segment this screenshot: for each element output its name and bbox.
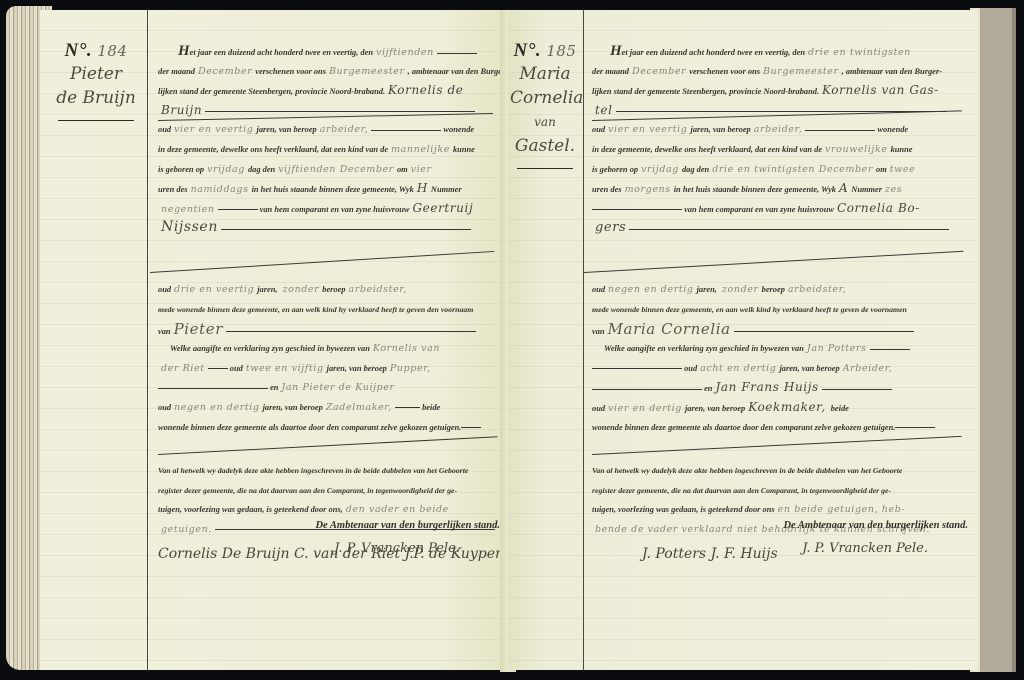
printed-text: om [397, 165, 408, 174]
handwritten-entry: Burgemeester [329, 66, 405, 77]
margin-rule-vertical [583, 10, 584, 670]
text-line: der Riet oudtwee en vijftigjaren, van be… [158, 359, 503, 379]
text-line: tel [592, 101, 972, 121]
handwritten-entry: Burgemeester [763, 66, 839, 77]
handwritten-entry: gers [595, 220, 626, 235]
text-line: uren desmorgensin het huis staande binne… [592, 179, 972, 199]
printed-text: wonende binnen deze gemeente als daartoe… [592, 423, 895, 432]
text-line: lijken stand der gemeente Steenbergen, p… [592, 81, 972, 101]
printed-text: H [178, 43, 190, 59]
fill-line [221, 229, 471, 230]
fill-line [371, 130, 441, 131]
fill-line [592, 368, 682, 369]
printed-text: en [270, 383, 278, 392]
registrar-title: De Ambtenaar van den burgerlijken stand. [718, 520, 968, 531]
printed-text: N°. [514, 40, 542, 61]
text-line: Het jaar een duizend acht honderd twee e… [592, 42, 972, 62]
printed-text: oud [158, 125, 171, 134]
handwritten-entry: vijftienden December [278, 164, 394, 175]
cancel-stroke [584, 251, 963, 273]
handwritten-entry: vrijdag [207, 164, 245, 175]
printed-text: kunne [891, 145, 913, 154]
text-line: Welke aangifte en verklaring zyn geschie… [158, 339, 503, 359]
handwritten-entry: Jan Pieter de Kuijper [281, 382, 394, 393]
text-line: wonende binnen deze gemeente als daartoe… [158, 418, 503, 438]
text-line: in deze gemeente, dewelke ons heeft verk… [592, 140, 972, 160]
text-line: oudnegen en dertigjaren, zonderberoeparb… [592, 280, 972, 300]
handwritten-entry: Arbeider, [843, 363, 893, 374]
text-line: vanPieter [158, 320, 503, 340]
handwritten-entry: Kornelis de [388, 83, 463, 97]
text-line: register dezer gemeente, die na dat daar… [158, 481, 503, 501]
text-line: mede wonende binnen deze gemeente, en aa… [158, 300, 503, 320]
printed-text: oud [158, 403, 171, 412]
handwritten-entry: twee en vijftig [246, 363, 324, 374]
printed-text: register dezer gemeente, die na dat daar… [592, 486, 891, 495]
fill-line [208, 368, 228, 369]
printed-text: der maand [158, 67, 195, 76]
scanned-register: 93 184 N°. 184 Pieter de Bruijn Het jaar… [0, 0, 1024, 680]
handwritten-entry: getuigen. [161, 524, 212, 535]
handwritten-entry: Kornelis van [373, 343, 440, 354]
handwritten-entry: Koekmaker, [748, 400, 825, 414]
printed-text: verschenen voor ons [255, 67, 326, 76]
text-line: oudnegen en dertigjaren, van beroepZadel… [158, 398, 503, 418]
margin-divider [517, 168, 573, 169]
printed-text: is geboren op [592, 165, 638, 174]
printed-text: in deze gemeente, dewelke ons heeft verk… [592, 145, 822, 154]
printed-text: Nummer [431, 185, 462, 194]
printed-text: van hem comparant en van zyne huisvrouw [684, 205, 834, 214]
printed-text: jaren, van beroep [263, 403, 323, 412]
printed-text: uren des [592, 185, 622, 194]
fill-line [437, 53, 477, 54]
printed-text: 184 [97, 42, 127, 60]
printed-text: der maand [592, 67, 629, 76]
text-line: register dezer gemeente, die na dat daar… [592, 481, 972, 501]
printed-text: dag den [248, 165, 275, 174]
printed-text: register dezer gemeente, die na dat daar… [158, 486, 457, 495]
handwritten-entry: vrijdag [641, 164, 679, 175]
handwritten-entry: arbeidster, [349, 284, 407, 295]
entry-number: N°. 185 [510, 40, 580, 62]
text-line: is geboren opvrijdagdag dendrie en twint… [592, 160, 972, 180]
handwritten-entry: Kornelis van Gas- [822, 83, 939, 97]
printed-text: jaren, van beroep [257, 125, 317, 134]
fill-line [158, 388, 268, 389]
right-page: N°. 185 Maria Cornelia van Gastel. Het j… [508, 10, 978, 670]
handwritten-entry: namiddags [191, 184, 249, 195]
printed-text: uren des [158, 185, 188, 194]
printed-text: jaren, van beroep [685, 404, 745, 413]
printed-text: wonende binnen deze gemeente als daartoe… [158, 423, 461, 432]
fill-line [822, 389, 892, 390]
printed-text: om [876, 165, 887, 174]
fill-line [592, 389, 702, 390]
handwritten-entry: vier en veertig [174, 124, 253, 135]
handwritten-entry: arbeider, [754, 124, 803, 135]
handwritten-entry: negen en dertig [174, 402, 260, 413]
printed-text: Van al hetwelk wy dadelyk deze akte hebb… [158, 466, 468, 475]
printed-text: , ambtenaar van den Burger- [408, 67, 508, 76]
printed-text: beroep [322, 285, 345, 294]
printed-text: in deze gemeente, dewelke ons heeft verk… [158, 145, 388, 154]
text-line: Van al hetwelk wy dadelyk deze akte hebb… [158, 461, 503, 481]
handwritten-entry: Nijssen [161, 219, 218, 235]
text-line: vanMaria Cornelia [592, 320, 972, 340]
handwritten-entry: Pupper, [390, 363, 431, 374]
handwritten-entry: vier [411, 164, 432, 175]
text-line: tuigen, voorlezing was gedaan, is geteek… [158, 500, 503, 520]
printed-text: N°. [65, 40, 93, 61]
handwritten-entry: arbeidster, [788, 284, 846, 295]
margin-rule-vertical [147, 10, 148, 670]
handwritten-entry: twee [890, 164, 916, 175]
text-line [158, 242, 503, 280]
text-line: is geboren opvrijdagdag denvijftienden D… [158, 160, 503, 180]
printed-text: jaren, van beroep [327, 364, 387, 373]
printed-text: kunne [453, 145, 475, 154]
printed-text: Van al hetwelk wy dadelyk deze akte hebb… [592, 466, 902, 475]
printed-text: , ambtenaar van den Burger- [842, 67, 942, 76]
printed-text: et jaar een duizend acht honderd twee en… [622, 48, 805, 57]
registrar-block: De Ambtenaar van den burgerlijken stand.… [718, 520, 968, 556]
fill-line [395, 407, 420, 408]
spacer [158, 437, 503, 461]
handwritten-entry: vier en veertig [608, 124, 687, 135]
text-line: Van al hetwelk wy dadelyk deze akte hebb… [592, 461, 972, 481]
printed-text: jaren, [697, 285, 717, 294]
text-line: oudacht en dertigjaren, van beroepArbeid… [592, 359, 972, 379]
handwritten-entry: Geertruij [413, 201, 474, 215]
text-line: negentien van hem comparant en van zyne … [158, 199, 503, 219]
handwritten-entry: December [198, 66, 252, 77]
printed-text: oud [592, 125, 605, 134]
handwritten-entry: Jan Potters [807, 343, 867, 354]
entry-number: N°. 184 [48, 40, 144, 62]
handwritten-entry: drie en twintigsten [808, 47, 911, 58]
handwritten-entry: drie en veertig [174, 284, 254, 295]
text-line: tuigen, voorlezing was gedaan, is geteek… [592, 500, 972, 520]
margin-child-name-last: de Bruijn [48, 86, 144, 110]
handwritten-entry: arbeider, [320, 124, 369, 135]
handwritten-entry: Bruijn [161, 103, 202, 117]
text-line: van hem comparant en van zyne huisvrouwC… [592, 199, 972, 219]
text-line: in deze gemeente, dewelke ons heeft verk… [158, 140, 503, 160]
spacer [592, 437, 972, 461]
cancel-stroke [150, 251, 494, 273]
text-line: Welke aangifte en verklaring zyn geschie… [592, 339, 972, 359]
printed-text: wonende [877, 125, 908, 134]
text-line: ouddrie en veertigjaren, zonderberoeparb… [158, 280, 503, 300]
printed-text: Welke aangifte en verklaring zyn geschie… [604, 344, 804, 353]
printed-text: et jaar een duizend acht honderd twee en… [190, 48, 373, 57]
printed-text: in het huis staande binnen deze gemeente… [674, 185, 836, 194]
fill-line [895, 427, 935, 428]
printed-text: oud [684, 364, 697, 373]
registrar-title: De Ambtenaar van den burgerlijken stand. [280, 520, 500, 531]
text-line: mede wonende binnen deze gemeente, en aa… [592, 300, 972, 320]
handwritten-entry: tel [595, 103, 613, 117]
handwritten-entry: zonder [722, 284, 759, 295]
text-line: Het jaar een duizend acht honderd twee e… [158, 42, 503, 62]
printed-text: en [704, 384, 712, 393]
handwritten-entry: Jan Frans Huijs [715, 380, 818, 394]
printed-text: van [592, 327, 605, 336]
printed-text: jaren, van beroep [691, 125, 751, 134]
registrar-signature: J. P. Vrancken Pele. [280, 541, 500, 556]
text-line: enJan Pieter de Kuijper [158, 378, 503, 398]
printed-text: in het huis staande binnen deze gemeente… [252, 185, 414, 194]
handwritten-entry: acht en dertig [700, 363, 776, 374]
fill-line [226, 331, 476, 332]
margin-child-name-4: Gastel. [510, 134, 580, 158]
margin-child-name-3: van [510, 110, 580, 134]
handwritten-entry: A [839, 181, 848, 195]
printed-text: jaren, [257, 285, 277, 294]
registrar-signature: J. P. Vrancken Pele. [718, 541, 968, 556]
printed-text: jaren, van beroep [779, 364, 839, 373]
margin-divider [58, 120, 135, 121]
printed-text: lijken stand der gemeente Steenbergen, p… [592, 87, 819, 96]
handwritten-entry: negentien [161, 204, 215, 215]
margin-child-name-2: Cornelia [510, 86, 580, 110]
handwritten-entry: Zadelmaker, [326, 402, 392, 413]
printed-text: 185 [546, 42, 576, 60]
handwritten-entry: mannelijke [391, 144, 450, 155]
text-line: lijken stand der gemeente Steenbergen, p… [158, 81, 503, 101]
fill-line [592, 209, 682, 210]
handwritten-entry: morgens [625, 184, 671, 195]
text-line: oudvier en veertigjaren, van beroeparbei… [158, 120, 503, 140]
handwritten-entry: der Riet [161, 363, 205, 374]
handwritten-entry: H [417, 181, 428, 195]
text-line: Bruijn [158, 101, 503, 121]
handwritten-entry: vrouwelijke [825, 144, 888, 155]
margin-child-name-first: Pieter [48, 62, 144, 86]
text-line: enJan Frans Huijs [592, 378, 972, 398]
handwritten-entry: zes [885, 184, 902, 195]
handwritten-entry: zonder [283, 284, 320, 295]
printed-text: mede wonende binnen deze gemeente, en aa… [158, 305, 473, 314]
handwritten-entry: negen en dertig [608, 284, 694, 295]
handwritten-entry: Cornelia Bo- [837, 201, 920, 215]
text-line: wonende binnen deze gemeente als daartoe… [592, 418, 972, 438]
printed-text: beroep [762, 285, 785, 294]
printed-text: tuigen, voorlezing was gedaan, is geteek… [158, 505, 343, 514]
margin-entry: N°. 185 Maria Cornelia van Gastel. [510, 40, 580, 169]
handwritten-entry: December [632, 66, 686, 77]
printed-text: beide [422, 403, 440, 412]
text-line: uren desnamiddagsin het huis staande bin… [158, 179, 503, 199]
fill-line [805, 130, 875, 131]
printed-text: verschenen voor ons [689, 67, 760, 76]
printed-text: Welke aangifte en verklaring zyn geschie… [170, 344, 370, 353]
text-line: der maandDecemberverschenen voor onsBurg… [592, 62, 972, 82]
printed-text: wonende [443, 125, 474, 134]
handwritten-entry: Pieter [174, 320, 223, 338]
text-line: oudvier en veertigjaren, van beroeparbei… [592, 120, 972, 140]
printed-text: oud [592, 285, 605, 294]
certificate-body: Het jaar een duizend acht honderd twee e… [158, 42, 503, 565]
printed-text: beide [831, 404, 849, 413]
printed-text: is geboren op [158, 165, 204, 174]
printed-text: Nummer [851, 185, 882, 194]
printed-text: oud [230, 364, 243, 373]
handwritten-entry: vijftienden [376, 47, 434, 58]
handwritten-entry: vier en dertig [608, 403, 682, 414]
fill-line [734, 331, 914, 332]
handwritten-entry: drie en twintigsten December [712, 164, 873, 175]
fill-line [205, 111, 475, 112]
text-line: gers [592, 218, 972, 242]
text-line: oudvier en dertigjaren, van beroepKoekma… [592, 398, 972, 418]
text-line: der maandDecemberverschenen voor onsBurg… [158, 62, 503, 82]
text-line: Nijssen [158, 218, 503, 242]
fill-line [218, 209, 258, 210]
printed-text: lijken stand der gemeente Steenbergen, p… [158, 87, 385, 96]
margin-child-name-1: Maria [510, 62, 580, 86]
printed-text: dag den [682, 165, 709, 174]
printed-text: van hem comparant en van zyne huisvrouw [260, 205, 410, 214]
printed-text: H [610, 43, 622, 59]
printed-text: tuigen, voorlezing was gedaan, is geteek… [592, 505, 775, 514]
printed-text: mede wonende binnen deze gemeente, en aa… [592, 305, 907, 314]
printed-text: oud [592, 404, 605, 413]
handwritten-entry: Maria Cornelia [608, 320, 731, 338]
printed-text: oud [158, 285, 171, 294]
handwritten-entry: en beide getuigen, heb- [778, 504, 906, 515]
certificate-body: Het jaar een duizend acht honderd twee e… [592, 42, 972, 565]
fill-line [870, 349, 910, 350]
fill-line [629, 229, 949, 230]
text-line [592, 242, 972, 280]
margin-entry: N°. 184 Pieter de Bruijn [48, 40, 144, 121]
printed-text: van [158, 327, 171, 336]
registrar-block: De Ambtenaar van den burgerlijken stand.… [280, 520, 500, 556]
fill-line [461, 427, 481, 428]
handwritten-entry: den vader en beide [346, 504, 449, 515]
left-page: N°. 184 Pieter de Bruijn Het jaar een du… [40, 10, 510, 670]
